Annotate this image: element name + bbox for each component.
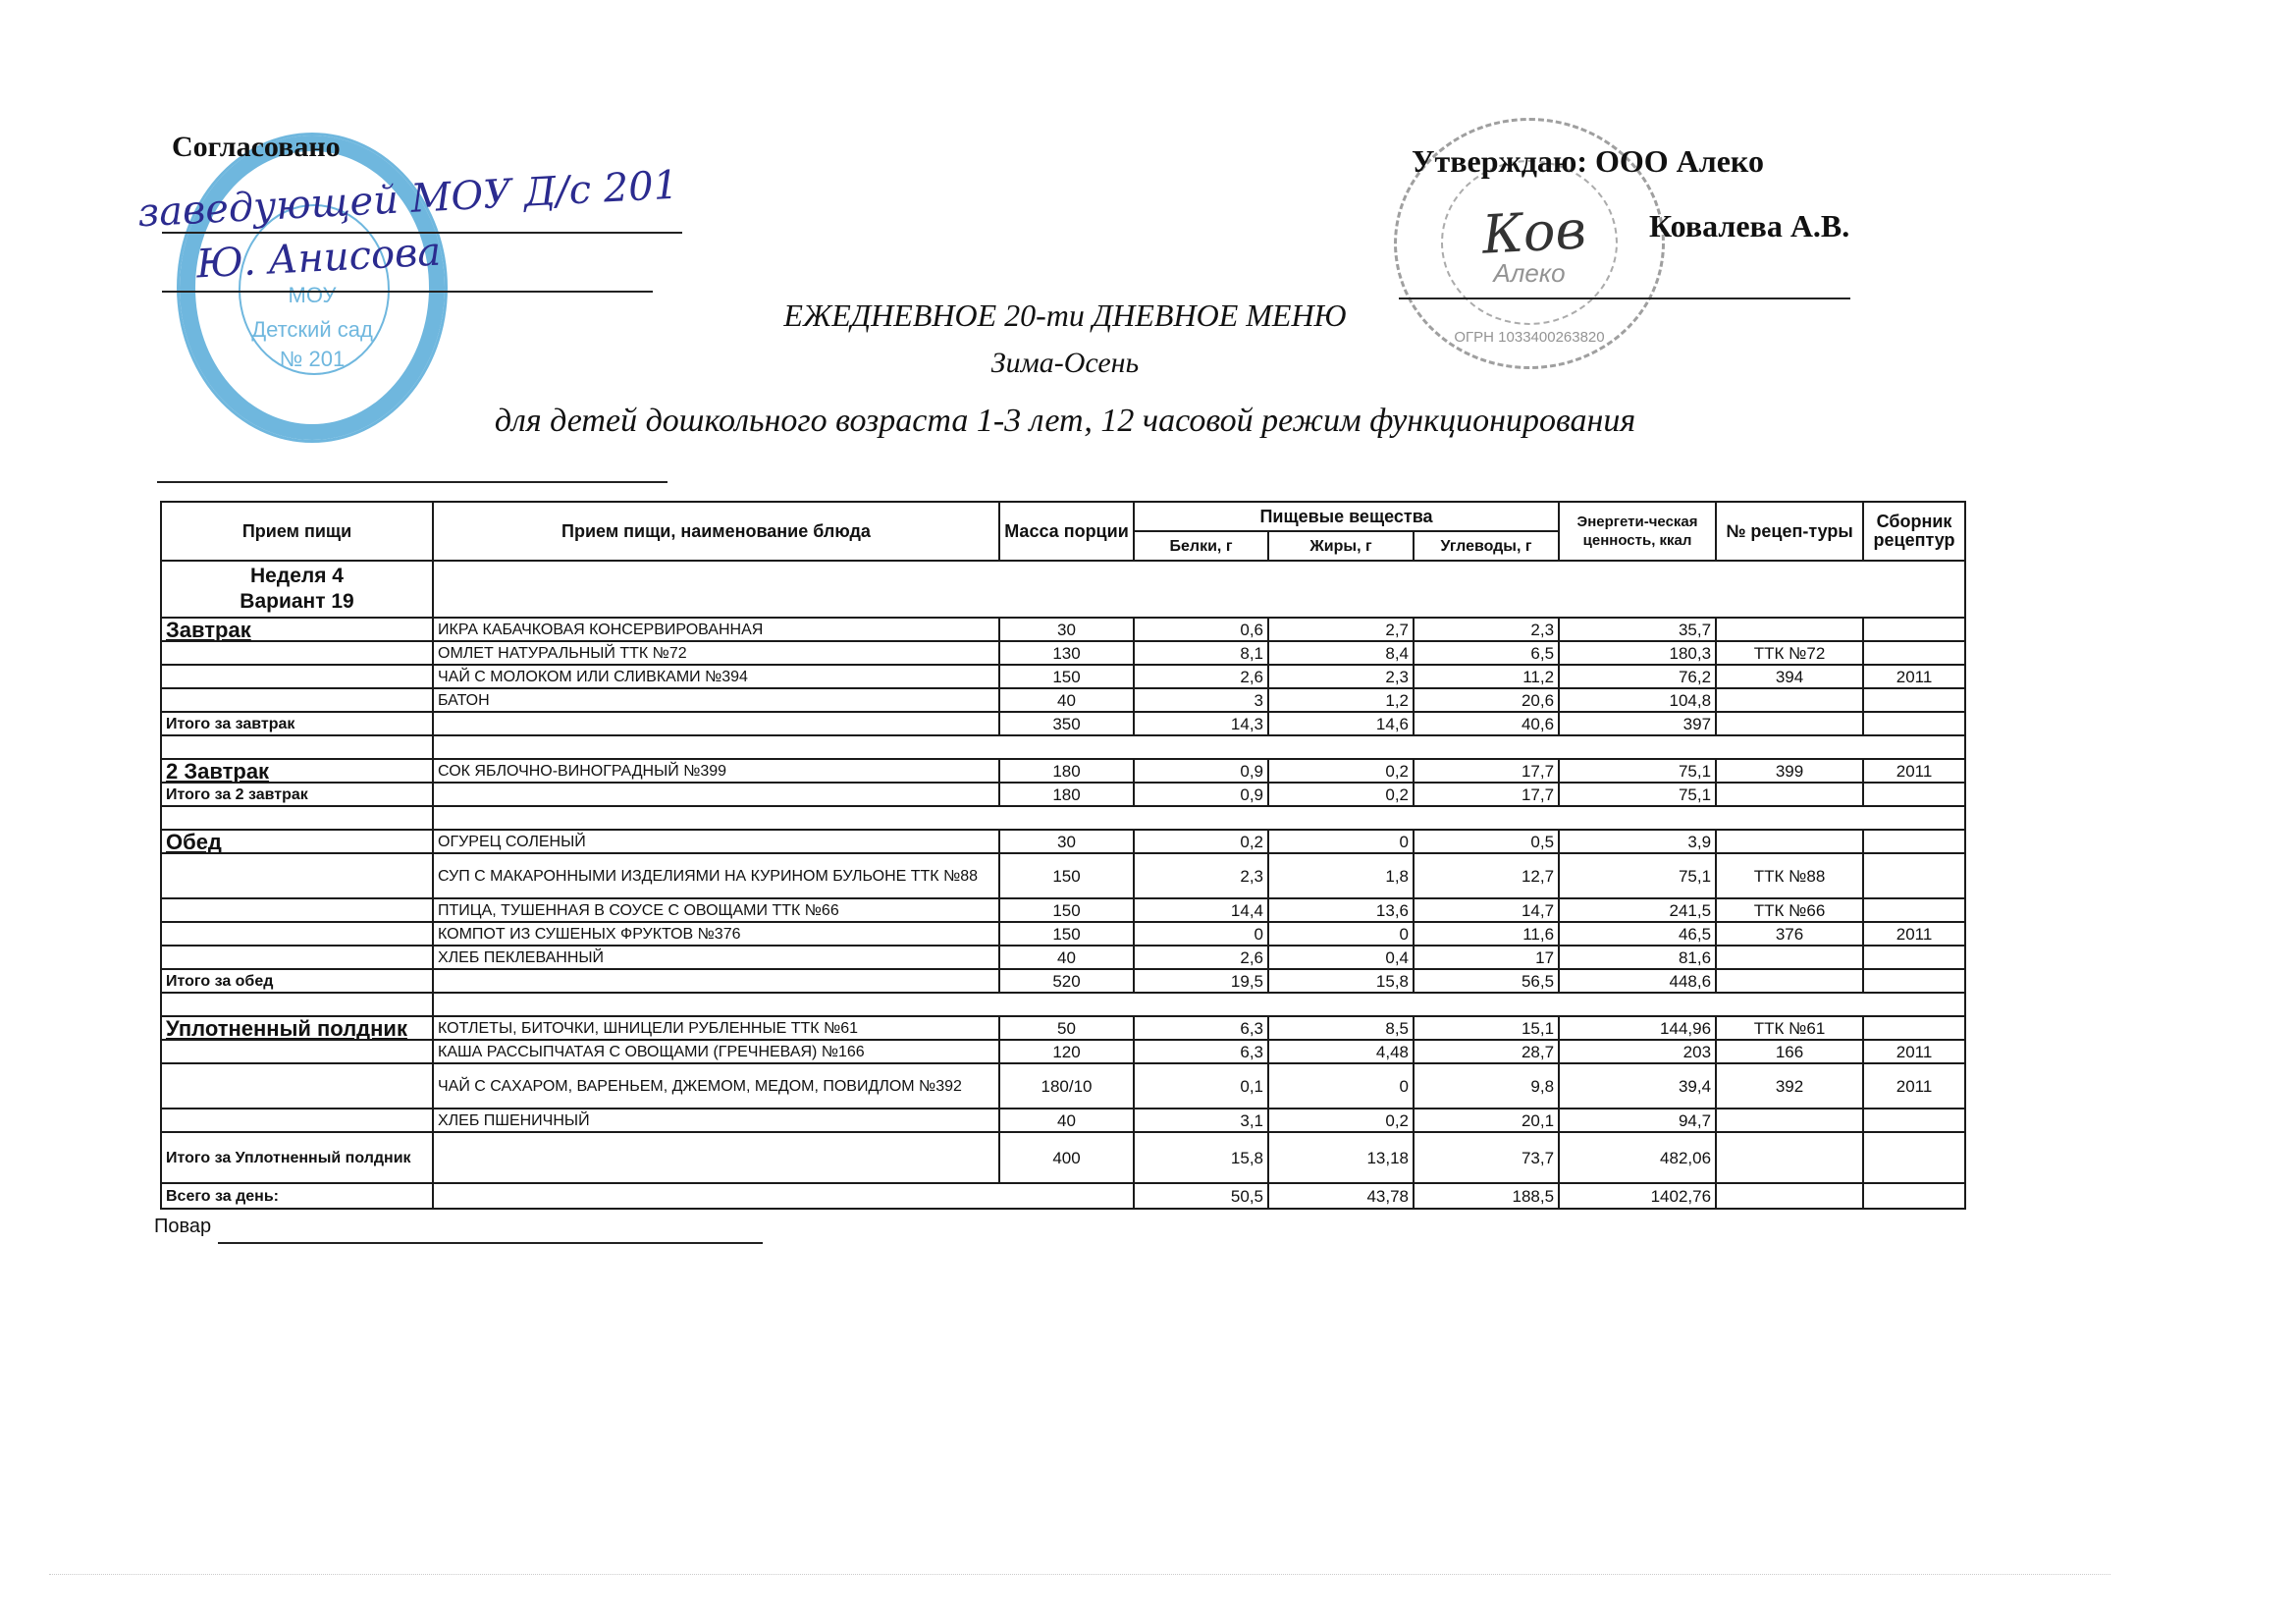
total-collection-empty	[1863, 712, 1965, 735]
fat-cell: 0,2	[1268, 759, 1414, 783]
menu-season: Зима-Осень	[0, 347, 1895, 380]
fat-cell: 2,3	[1268, 665, 1414, 688]
recipe-cell: 394	[1716, 665, 1863, 688]
total-label: Итого за Уплотненный полдник	[161, 1132, 433, 1183]
mass-cell: 150	[999, 922, 1134, 946]
recipe-cell	[1716, 688, 1863, 712]
day-total-empty	[433, 1183, 1134, 1209]
fat-cell: 1,8	[1268, 853, 1414, 898]
spacer-cell	[161, 735, 433, 759]
mass-cell: 30	[999, 830, 1134, 853]
total-fat: 0,2	[1268, 783, 1414, 806]
carbs-cell: 15,1	[1414, 1016, 1559, 1040]
meal-name: 2 Завтрак	[161, 759, 433, 783]
table-row: БАТОН4031,220,6104,8	[161, 688, 1965, 712]
carbs-cell: 17	[1414, 946, 1559, 969]
meal-name-empty	[161, 1040, 433, 1063]
total-protein: 14,3	[1134, 712, 1268, 735]
carbs-cell: 20,6	[1414, 688, 1559, 712]
fat-cell: 0	[1268, 830, 1414, 853]
total-collection-empty	[1863, 1132, 1965, 1183]
recipe-cell	[1716, 1109, 1863, 1132]
carbs-cell: 17,7	[1414, 759, 1559, 783]
carbs-cell: 6,5	[1414, 641, 1559, 665]
recipe-cell	[1716, 830, 1863, 853]
variant-label: Вариант 19	[166, 589, 428, 615]
meal-name-empty	[161, 688, 433, 712]
total-mass: 400	[999, 1132, 1134, 1183]
meal-name: Обед	[161, 830, 433, 853]
approved-left-label: Согласовано	[172, 131, 341, 164]
total-carbs: 40,6	[1414, 712, 1559, 735]
fat-cell: 0,4	[1268, 946, 1414, 969]
dish-name: ОМЛЕТ НАТУРАЛЬНЫЙ ТТК №72	[433, 641, 999, 665]
mass-cell: 40	[999, 688, 1134, 712]
spacer-row	[161, 735, 1965, 759]
header-fat: Жиры, г	[1268, 531, 1414, 561]
recipe-cell: ТТК №72	[1716, 641, 1863, 665]
dish-name: СОК ЯБЛОЧНО-ВИНОГРАДНЫЙ №399	[433, 759, 999, 783]
protein-cell: 0,1	[1134, 1063, 1268, 1109]
week-cell: Неделя 4 Вариант 19	[161, 561, 433, 618]
carbs-cell: 20,1	[1414, 1109, 1559, 1132]
energy-cell: 180,3	[1559, 641, 1716, 665]
total-energy: 482,06	[1559, 1132, 1716, 1183]
energy-cell: 104,8	[1559, 688, 1716, 712]
day-total-label: Всего за день:	[161, 1183, 433, 1209]
fat-cell: 13,6	[1268, 898, 1414, 922]
protein-cell: 2,6	[1134, 946, 1268, 969]
meal-name-empty	[161, 898, 433, 922]
dish-name: КАША РАССЫПЧАТАЯ С ОВОЩАМИ (ГРЕЧНЕВАЯ) №…	[433, 1040, 999, 1063]
total-label: Итого за завтрак	[161, 712, 433, 735]
energy-cell: 81,6	[1559, 946, 1716, 969]
total-energy: 75,1	[1559, 783, 1716, 806]
menu-subtitle: для детей дошкольного возраста 1-3 лет, …	[0, 403, 1895, 440]
meal-name-empty	[161, 665, 433, 688]
day-total-energy: 1402,76	[1559, 1183, 1716, 1209]
table-row: ЧАЙ С САХАРОМ, ВАРЕНЬЕМ, ДЖЕМОМ, МЕДОМ, …	[161, 1063, 1965, 1109]
recipe-cell: ТТК №66	[1716, 898, 1863, 922]
energy-cell: 35,7	[1559, 618, 1716, 641]
fat-cell: 0	[1268, 1063, 1414, 1109]
energy-cell: 46,5	[1559, 922, 1716, 946]
energy-cell: 75,1	[1559, 853, 1716, 898]
spacer-cell-wide	[433, 806, 1965, 830]
total-collection-empty	[1863, 969, 1965, 993]
total-mass: 350	[999, 712, 1134, 735]
header-nutrients: Пищевые вещества	[1134, 502, 1559, 531]
total-dish-empty	[433, 1132, 999, 1183]
mass-cell: 50	[999, 1016, 1134, 1040]
total-recipe-empty	[1716, 1132, 1863, 1183]
total-dish-empty	[433, 712, 999, 735]
collection-cell: 2011	[1863, 759, 1965, 783]
collection-cell	[1863, 1109, 1965, 1132]
dish-name: ХЛЕБ ПЕКЛЕВАННЫЙ	[433, 946, 999, 969]
carbs-cell: 12,7	[1414, 853, 1559, 898]
total-dish-empty	[433, 783, 999, 806]
meal-name-empty	[161, 946, 433, 969]
mass-cell: 150	[999, 665, 1134, 688]
meal-name-empty	[161, 1063, 433, 1109]
page-bottom-edge	[49, 1574, 2110, 1575]
header-energy: Энергети-ческая ценность, ккал	[1559, 502, 1716, 561]
week-row-empty	[433, 561, 1965, 618]
meal-name: Завтрак	[161, 618, 433, 641]
signature-line-3	[157, 481, 667, 483]
mass-cell: 40	[999, 946, 1134, 969]
header-protein: Белки, г	[1134, 531, 1268, 561]
dish-name: КОТЛЕТЫ, БИТОЧКИ, ШНИЦЕЛИ РУБЛЕННЫЕ ТТК …	[433, 1016, 999, 1040]
spacer-row	[161, 806, 1965, 830]
fat-cell: 8,5	[1268, 1016, 1414, 1040]
energy-cell: 76,2	[1559, 665, 1716, 688]
energy-cell: 3,9	[1559, 830, 1716, 853]
protein-cell: 6,3	[1134, 1040, 1268, 1063]
table-row: 2 ЗавтракСОК ЯБЛОЧНО-ВИНОГРАДНЫЙ №399180…	[161, 759, 1965, 783]
fat-cell: 4,48	[1268, 1040, 1414, 1063]
total-fat: 14,6	[1268, 712, 1414, 735]
total-label: Итого за 2 завтрак	[161, 783, 433, 806]
energy-cell: 39,4	[1559, 1063, 1716, 1109]
total-energy: 397	[1559, 712, 1716, 735]
meal-name: Уплотненный полдник	[161, 1016, 433, 1040]
spacer-row	[161, 993, 1965, 1016]
total-row: Итого за 2 завтрак1800,90,217,775,1	[161, 783, 1965, 806]
dish-name: ИКРА КАБАЧКОВАЯ КОНСЕРВИРОВАННАЯ	[433, 618, 999, 641]
recipe-cell: ТТК №88	[1716, 853, 1863, 898]
mass-cell: 40	[999, 1109, 1134, 1132]
meal-name-empty	[161, 853, 433, 898]
table-row: КОМПОТ ИЗ СУШЕНЫХ ФРУКТОВ №3761500011,64…	[161, 922, 1965, 946]
carbs-cell: 14,7	[1414, 898, 1559, 922]
recipe-cell: 399	[1716, 759, 1863, 783]
header-dish: Прием пищи, наименование блюда	[433, 502, 999, 561]
total-label: Итого за обед	[161, 969, 433, 993]
total-recipe-empty	[1716, 783, 1863, 806]
spacer-cell	[161, 806, 433, 830]
dish-name: ПТИЦА, ТУШЕННАЯ В СОУСЕ С ОВОЩАМИ ТТК №6…	[433, 898, 999, 922]
energy-cell: 144,96	[1559, 1016, 1716, 1040]
table-row: ПТИЦА, ТУШЕННАЯ В СОУСЕ С ОВОЩАМИ ТТК №6…	[161, 898, 1965, 922]
header-carbs: Углеводы, г	[1414, 531, 1559, 561]
approved-right-label: Утверждаю: ООО Алеко	[1412, 143, 1764, 180]
table-row: КАША РАССЫПЧАТАЯ С ОВОЩАМИ (ГРЕЧНЕВАЯ) №…	[161, 1040, 1965, 1063]
total-fat: 13,18	[1268, 1132, 1414, 1183]
recipe-cell: 376	[1716, 922, 1863, 946]
table-row: Уплотненный полдникКОТЛЕТЫ, БИТОЧКИ, ШНИ…	[161, 1016, 1965, 1040]
spacer-cell-wide	[433, 993, 1965, 1016]
protein-cell: 2,6	[1134, 665, 1268, 688]
day-total-protein: 50,5	[1134, 1183, 1268, 1209]
table-row: ХЛЕБ ПЕКЛЕВАННЫЙ402,60,41781,6	[161, 946, 1965, 969]
cook-signature-line	[218, 1242, 763, 1244]
total-carbs: 73,7	[1414, 1132, 1559, 1183]
protein-cell: 0,6	[1134, 618, 1268, 641]
meal-name-empty	[161, 922, 433, 946]
collection-cell	[1863, 641, 1965, 665]
dish-name: СУП С МАКАРОННЫМИ ИЗДЕЛИЯМИ НА КУРИНОМ Б…	[433, 853, 999, 898]
dish-name: ЧАЙ С САХАРОМ, ВАРЕНЬЕМ, ДЖЕМОМ, МЕДОМ, …	[433, 1063, 999, 1109]
fat-cell: 1,2	[1268, 688, 1414, 712]
menu-table: Прием пищи Прием пищи, наименование блюд…	[160, 501, 1966, 1210]
total-row: Итого за обед52019,515,856,5448,6	[161, 969, 1965, 993]
fat-cell: 2,7	[1268, 618, 1414, 641]
menu-title: ЕЖЕДНЕВНОЕ 20-ти ДНЕВНОЕ МЕНЮ	[0, 298, 1895, 334]
collection-cell	[1863, 618, 1965, 641]
collection-cell	[1863, 853, 1965, 898]
collection-cell	[1863, 898, 1965, 922]
carbs-cell: 0,5	[1414, 830, 1559, 853]
total-carbs: 17,7	[1414, 783, 1559, 806]
day-total-recipe-empty	[1716, 1183, 1863, 1209]
collection-cell: 2011	[1863, 922, 1965, 946]
spacer-cell-wide	[433, 735, 1965, 759]
total-row: Итого за завтрак35014,314,640,6397	[161, 712, 1965, 735]
protein-cell: 14,4	[1134, 898, 1268, 922]
dish-name: КОМПОТ ИЗ СУШЕНЫХ ФРУКТОВ №376	[433, 922, 999, 946]
collection-cell	[1863, 830, 1965, 853]
carbs-cell: 9,8	[1414, 1063, 1559, 1109]
table-row: ОМЛЕТ НАТУРАЛЬНЫЙ ТТК №721308,18,46,5180…	[161, 641, 1965, 665]
mass-cell: 30	[999, 618, 1134, 641]
fat-cell: 8,4	[1268, 641, 1414, 665]
collection-cell: 2011	[1863, 1063, 1965, 1109]
mass-cell: 150	[999, 853, 1134, 898]
total-protein: 19,5	[1134, 969, 1268, 993]
week-label: Неделя 4	[166, 564, 428, 589]
dish-name: ОГУРЕЦ СОЛЕНЫЙ	[433, 830, 999, 853]
total-mass: 520	[999, 969, 1134, 993]
mass-cell: 120	[999, 1040, 1134, 1063]
energy-cell: 75,1	[1559, 759, 1716, 783]
total-recipe-empty	[1716, 969, 1863, 993]
fat-cell: 0,2	[1268, 1109, 1414, 1132]
energy-cell: 241,5	[1559, 898, 1716, 922]
protein-cell: 6,3	[1134, 1016, 1268, 1040]
table-row: ОбедОГУРЕЦ СОЛЕНЫЙ300,200,53,9	[161, 830, 1965, 853]
collection-cell: 2011	[1863, 665, 1965, 688]
recipe-cell: 392	[1716, 1063, 1863, 1109]
total-row: Итого за Уплотненный полдник40015,813,18…	[161, 1132, 1965, 1183]
recipe-cell: ТТК №61	[1716, 1016, 1863, 1040]
recipe-cell	[1716, 946, 1863, 969]
collection-cell	[1863, 1016, 1965, 1040]
mass-cell: 130	[999, 641, 1134, 665]
recipe-cell	[1716, 618, 1863, 641]
protein-cell: 3	[1134, 688, 1268, 712]
collection-cell	[1863, 688, 1965, 712]
energy-cell: 203	[1559, 1040, 1716, 1063]
meal-name-empty	[161, 1109, 433, 1132]
protein-cell: 3,1	[1134, 1109, 1268, 1132]
total-protein: 15,8	[1134, 1132, 1268, 1183]
menu-body: Неделя 4 Вариант 19 ЗавтракИКРА КАБАЧКОВ…	[161, 561, 1965, 1209]
dish-name: БАТОН	[433, 688, 999, 712]
approver-name: Ковалева А.В.	[1649, 208, 1849, 244]
header-recipe-no: № рецеп-туры	[1716, 502, 1863, 561]
table-row: ЧАЙ С МОЛОКОМ ИЛИ СЛИВКАМИ №3941502,62,3…	[161, 665, 1965, 688]
day-total-row: Всего за день:50,543,78188,51402,76	[161, 1183, 1965, 1209]
collection-cell: 2011	[1863, 1040, 1965, 1063]
week-row: Неделя 4 Вариант 19	[161, 561, 1965, 618]
carbs-cell: 28,7	[1414, 1040, 1559, 1063]
total-protein: 0,9	[1134, 783, 1268, 806]
protein-cell: 8,1	[1134, 641, 1268, 665]
fat-cell: 0	[1268, 922, 1414, 946]
protein-cell: 0	[1134, 922, 1268, 946]
total-recipe-empty	[1716, 712, 1863, 735]
approver-signature: Ков	[1480, 198, 1587, 265]
total-fat: 15,8	[1268, 969, 1414, 993]
carbs-cell: 11,6	[1414, 922, 1559, 946]
day-total-fat: 43,78	[1268, 1183, 1414, 1209]
recipe-cell: 166	[1716, 1040, 1863, 1063]
carbs-cell: 11,2	[1414, 665, 1559, 688]
table-row: ХЛЕБ ПШЕНИЧНЫЙ403,10,220,194,7	[161, 1109, 1965, 1132]
table-row: ЗавтракИКРА КАБАЧКОВАЯ КОНСЕРВИРОВАННАЯ3…	[161, 618, 1965, 641]
header-meal: Прием пищи	[161, 502, 433, 561]
mass-cell: 180	[999, 759, 1134, 783]
dish-name: ЧАЙ С МОЛОКОМ ИЛИ СЛИВКАМИ №394	[433, 665, 999, 688]
protein-cell: 0,2	[1134, 830, 1268, 853]
cook-label: Повар	[154, 1216, 211, 1238]
day-total-collection-empty	[1863, 1183, 1965, 1209]
collection-cell	[1863, 946, 1965, 969]
total-energy: 448,6	[1559, 969, 1716, 993]
dish-name: ХЛЕБ ПШЕНИЧНЫЙ	[433, 1109, 999, 1132]
day-total-carbs: 188,5	[1414, 1183, 1559, 1209]
mass-cell: 150	[999, 898, 1134, 922]
total-mass: 180	[999, 783, 1134, 806]
header-mass: Масса порции	[999, 502, 1134, 561]
meal-name-empty	[161, 641, 433, 665]
total-collection-empty	[1863, 783, 1965, 806]
signature-line-2	[162, 291, 653, 293]
total-carbs: 56,5	[1414, 969, 1559, 993]
carbs-cell: 2,3	[1414, 618, 1559, 641]
total-dish-empty	[433, 969, 999, 993]
spacer-cell	[161, 993, 433, 1016]
protein-cell: 2,3	[1134, 853, 1268, 898]
header-collection: Сборник рецептур	[1863, 502, 1965, 561]
protein-cell: 0,9	[1134, 759, 1268, 783]
mass-cell: 180/10	[999, 1063, 1134, 1109]
table-row: СУП С МАКАРОННЫМИ ИЗДЕЛИЯМИ НА КУРИНОМ Б…	[161, 853, 1965, 898]
energy-cell: 94,7	[1559, 1109, 1716, 1132]
